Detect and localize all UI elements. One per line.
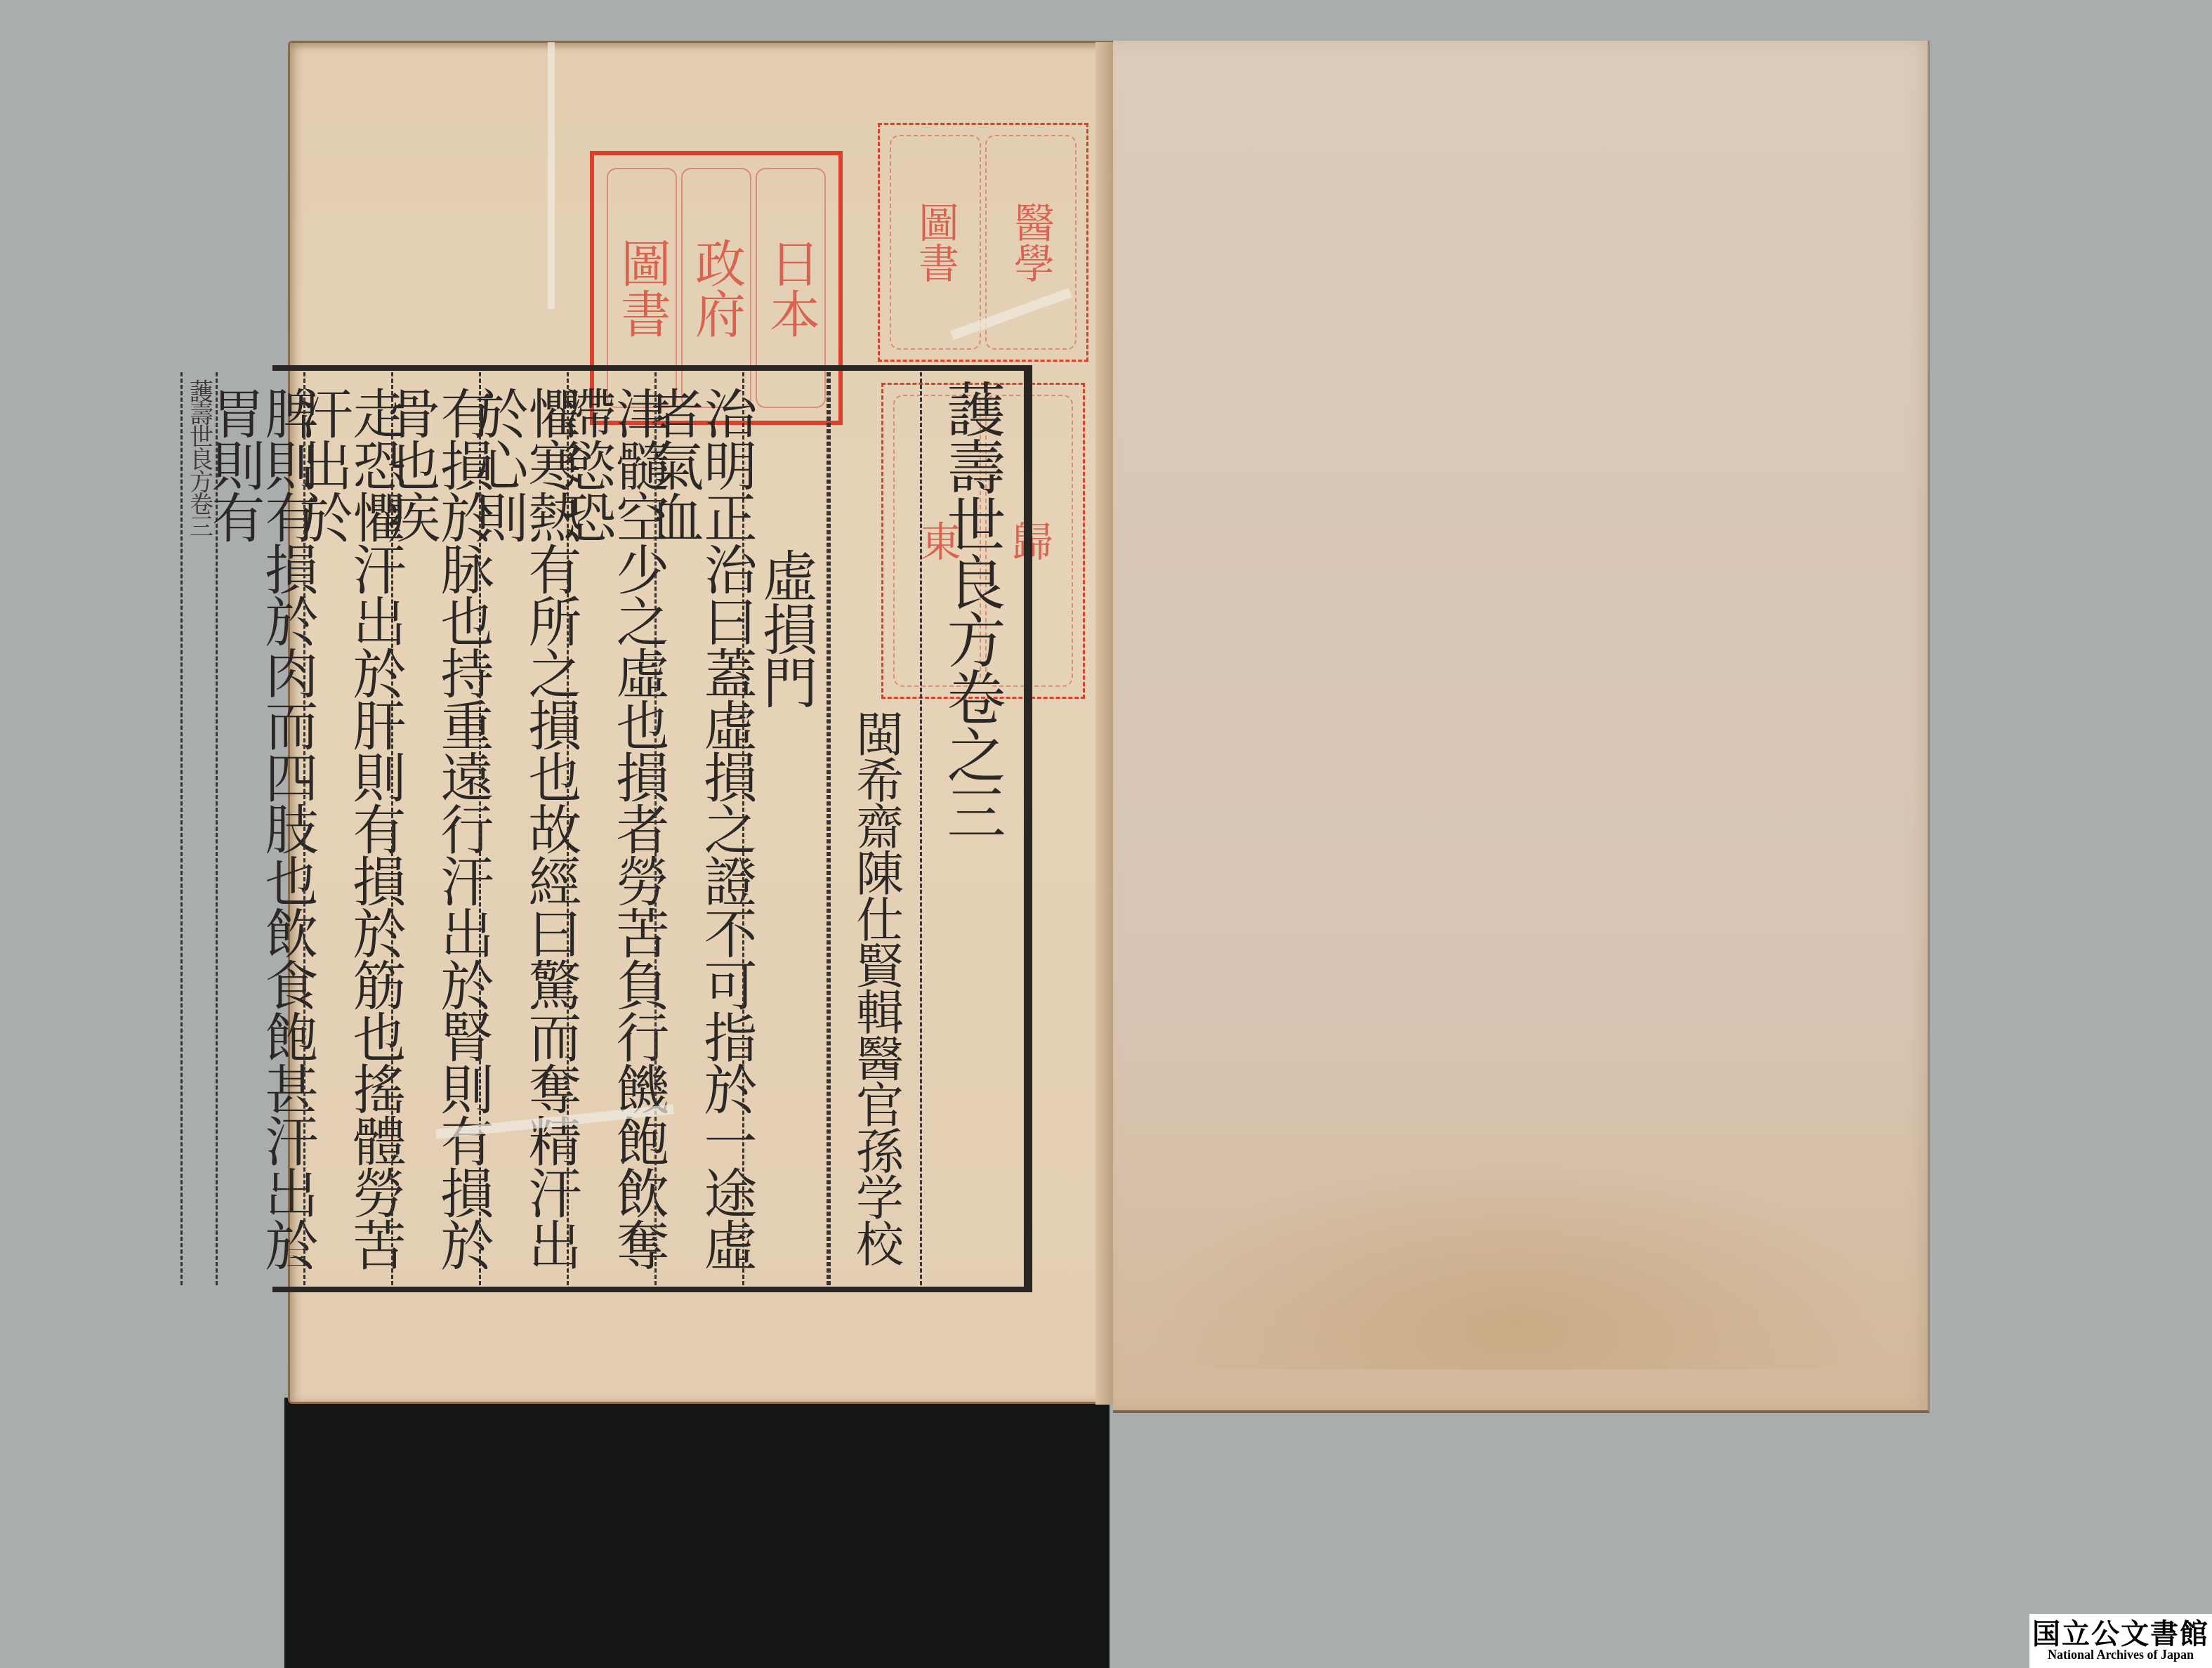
book-spine-shadow <box>284 1398 1110 1668</box>
logo-japanese-text: 国立公文書館 <box>2032 1620 2209 1648</box>
paper-tear <box>548 42 555 309</box>
logo-english-text: National Archives of Japan <box>2048 1648 2194 1662</box>
folio-number: 三 <box>279 1247 310 1268</box>
body-column: 治明正治曰蓋虛損之證不可指於一途虛者氣血 <box>654 372 742 1285</box>
author-column: 閩希齋陳仕賢輯醫官孫学校 <box>829 372 920 1285</box>
section-heading-column: 虛損門 <box>742 372 827 1285</box>
water-stain <box>1138 1152 1896 1370</box>
print-frame-right-rule <box>1024 365 1032 1292</box>
text-block: 䕶壽世良方卷之三 閩希齋陳仕賢輯醫官孫学校 虛損門 治明正治曰蓋虛損之證不可指於… <box>277 372 1022 1285</box>
archive-watermark-logo: 国立公文書館 National Archives of Japan <box>2029 1614 2212 1668</box>
title-column: 䕶壽世良方卷之三 <box>920 372 1022 1285</box>
seal-glyph: 圖書 <box>890 135 981 350</box>
